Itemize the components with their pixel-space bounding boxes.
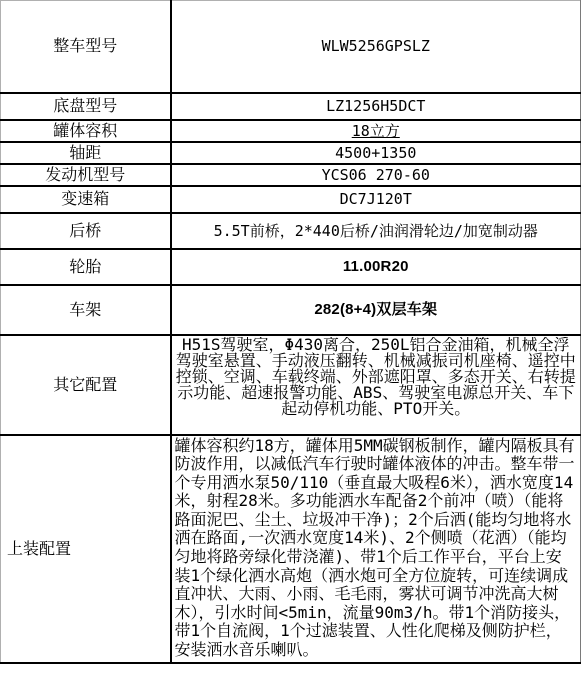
value-body-config: 罐体容积约18方，罐体用5MM碳钢板制作，罐内隔板具有防波作用，以减低汽车行驶时… (171, 435, 581, 663)
other-config-text: H51S驾驶室，Φ430离合，250L铝合金油箱，机械全浮驾驶室悬置、手动液压翻… (175, 337, 578, 433)
label-wheelbase: 轴距 (1, 142, 171, 164)
label-tank-volume: 罐体容积 (1, 120, 171, 142)
label-engine-model: 发动机型号 (1, 164, 171, 186)
body-config-text: 罐体容积约18方，罐体用5MM碳钢板制作，罐内隔板具有防波作用，以减低汽车行驶时… (175, 437, 578, 661)
value-tank-volume: 18立方 (171, 120, 581, 142)
label-tires: 轮胎 (1, 249, 171, 285)
row-rear-axle: 后桥 5.5T前桥，2*440后桥/油润滑轮边/加宽制动器 (1, 213, 581, 249)
row-vehicle-model: 整车型号 WLW5256GPSLZ (1, 1, 581, 93)
row-frame: 车架 282(8+4)双层车架 (1, 285, 581, 335)
label-chassis-model: 底盘型号 (1, 93, 171, 120)
label-body-config: 上装配置 (1, 435, 171, 663)
row-gearbox: 变速箱 DC7J120T (1, 186, 581, 213)
label-frame: 车架 (1, 285, 171, 335)
row-engine-model: 发动机型号 YCS06 270-60 (1, 164, 581, 186)
label-other-config: 其它配置 (1, 335, 171, 435)
value-vehicle-model: WLW5256GPSLZ (171, 1, 581, 93)
row-chassis-model: 底盘型号 LZ1256H5DCT (1, 93, 581, 120)
value-rear-axle: 5.5T前桥，2*440后桥/油润滑轮边/加宽制动器 (171, 213, 581, 249)
value-other-config: H51S驾驶室，Φ430离合，250L铝合金油箱，机械全浮驾驶室悬置、手动液压翻… (171, 335, 581, 435)
value-wheelbase: 4500+1350 (171, 142, 581, 164)
value-gearbox: DC7J120T (171, 186, 581, 213)
row-tank-volume: 罐体容积 18立方 (1, 120, 581, 142)
spec-sheet-page: 整车型号 WLW5256GPSLZ 底盘型号 LZ1256H5DCT 罐体容积 … (0, 0, 583, 689)
row-wheelbase: 轴距 4500+1350 (1, 142, 581, 164)
label-vehicle-model: 整车型号 (1, 1, 171, 93)
value-engine-model: YCS06 270-60 (171, 164, 581, 186)
label-gearbox: 变速箱 (1, 186, 171, 213)
vehicle-spec-table: 整车型号 WLW5256GPSLZ 底盘型号 LZ1256H5DCT 罐体容积 … (0, 0, 581, 664)
value-tires: 11.00R20 (171, 249, 581, 285)
row-body-config: 上装配置 罐体容积约18方，罐体用5MM碳钢板制作，罐内隔板具有防波作用，以减低… (1, 435, 581, 663)
value-chassis-model: LZ1256H5DCT (171, 93, 581, 120)
value-frame: 282(8+4)双层车架 (171, 285, 581, 335)
label-rear-axle: 后桥 (1, 213, 171, 249)
tank-volume-link[interactable]: 18立方 (352, 122, 400, 140)
row-other-config: 其它配置 H51S驾驶室，Φ430离合，250L铝合金油箱，机械全浮驾驶室悬置、… (1, 335, 581, 435)
row-tires: 轮胎 11.00R20 (1, 249, 581, 285)
